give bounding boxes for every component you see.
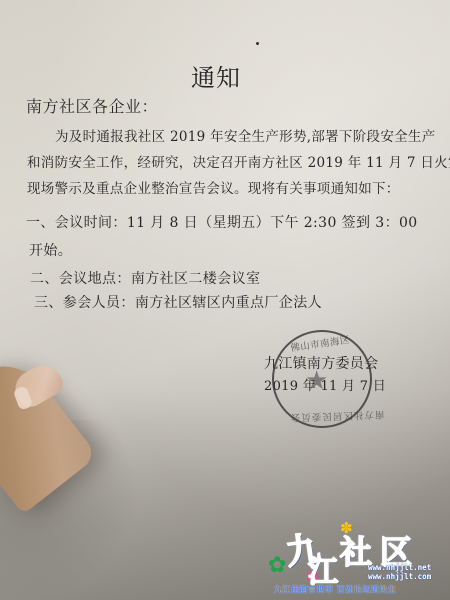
item-attendees: 三、参会人员：南方社区辖区内重点厂企法人 xyxy=(34,292,322,312)
watermark-url: www.nhjjlt.com xyxy=(368,572,431,581)
item-value: 南方社区辖区内重点厂企法人 xyxy=(135,295,322,311)
item-meeting-location: 二、会议地点：南方社区二楼会议室 xyxy=(30,268,260,288)
document-title: 通知 xyxy=(0,58,432,93)
item-meeting-time-cont: 开始。 xyxy=(29,240,72,260)
body-line-3: 现场警示及重点企业整治宣告会议。现将有关事项通知如下： xyxy=(27,176,407,202)
signature-date: 2019 年 11 月 7 日 xyxy=(264,375,386,394)
body-line-1: 为及时通报我社区 2019 年安全生产形势,部署下阶段安全生产 xyxy=(27,124,407,150)
watermark-url: www.nhjjlt.net xyxy=(368,563,431,572)
watermark-slogan: 九江佳韵言世事 百姓论坛道民生 xyxy=(274,584,396,595)
item-value: 南方社区二楼会议室 xyxy=(131,271,261,287)
item-label: 三、参会人员： xyxy=(34,295,135,311)
item-label: 二、会议地点： xyxy=(30,271,131,287)
body-line-2: 和消防安全工作，经研究，决定召开南方社区 2019 年 11 月 7 日火灾 xyxy=(27,150,407,176)
salutation: 南方社区各企业： xyxy=(26,94,158,117)
green-flower-icon: ✿ xyxy=(268,553,286,578)
item-label: 一、会议时间： xyxy=(26,215,127,231)
item-meeting-time: 一、会议时间：11 月 8 日（星期五）下午 2:30 签到 3：00 xyxy=(26,212,418,232)
signature-organization: 九江镇南方委员会 xyxy=(264,353,378,373)
body-paragraph: 为及时通报我社区 2019 年安全生产形势,部署下阶段安全生产 和消防安全工作，… xyxy=(27,124,407,202)
item-value: 11 月 8 日（星期五）下午 2:30 签到 3：00 xyxy=(127,215,418,231)
watermark-logo: ✿ ✽ ✽ 九 江 社 区 www.nhjjlt.net www.nhjjlt.… xyxy=(268,523,448,599)
